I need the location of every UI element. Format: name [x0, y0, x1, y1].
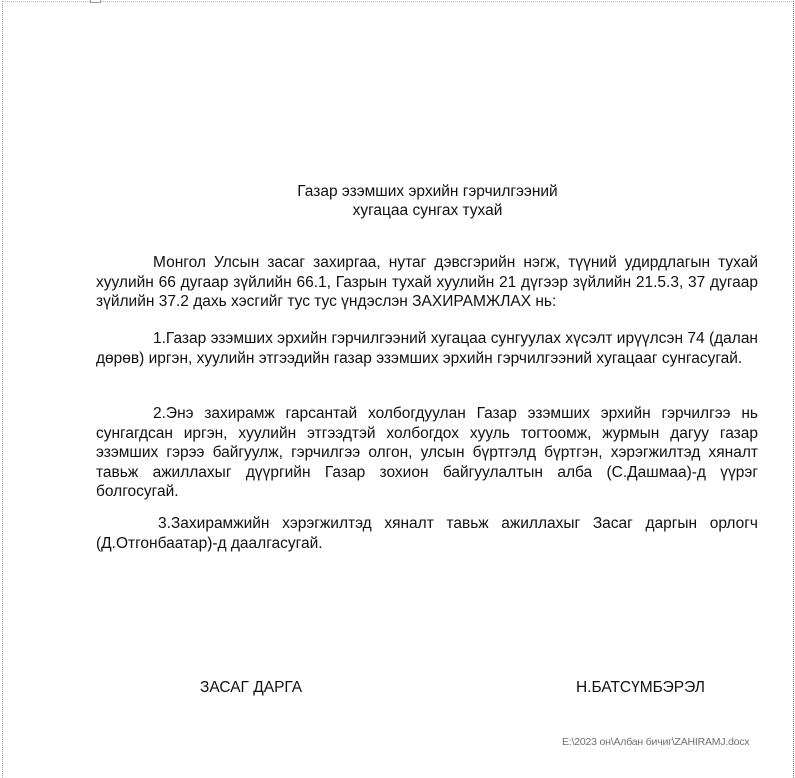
- clause-1-paragraph: 1.Газар эзэмших эрхийн гэрчилгээний хуга…: [96, 329, 758, 368]
- text-boundary-marker: [90, 0, 101, 3]
- clause-3-paragraph: 3.Захирамжийн хэрэгжилтэд хяналт тавьж а…: [96, 514, 758, 553]
- signature-name: Н.БАТСҮМБЭРЭЛ: [576, 679, 705, 697]
- file-path-footer: E:\2023 он\Албан бичиг\ZAHIRAMJ.docx: [562, 736, 750, 748]
- page-border-right: [793, 1, 794, 778]
- document-title: Газар эзэмших эрхийн гэрчилгээний хугаца…: [0, 182, 795, 220]
- page-border-top: [2, 1, 794, 2]
- title-line-2: хугацаа сунгах тухай: [0, 201, 795, 220]
- clause-2-paragraph: 2.Энэ захирамж гарсантай холбогдуулан Га…: [96, 404, 758, 502]
- title-line-1: Газар эзэмших эрхийн гэрчилгээний: [0, 182, 795, 201]
- preamble-paragraph: Монгол Улсын засаг захиргаа, нутаг дэвсг…: [96, 253, 758, 312]
- page-border-left: [2, 1, 3, 778]
- signature-position: ЗАСАГ ДАРГА: [200, 679, 302, 697]
